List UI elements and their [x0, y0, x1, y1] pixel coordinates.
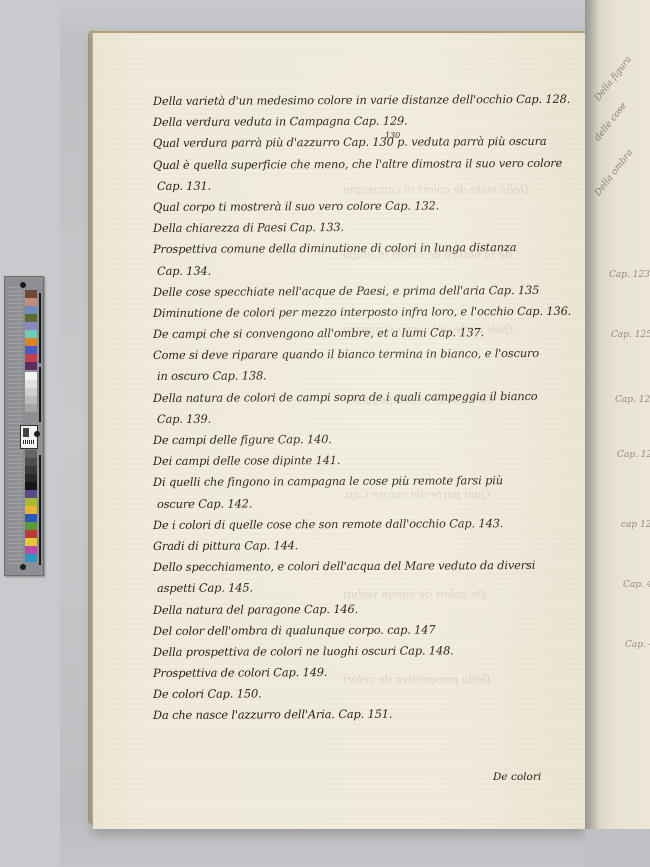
- facing-text-fragment: Cap. 46: [623, 580, 650, 590]
- index-entry-continuation: Cap. 139.: [153, 407, 583, 430]
- catchword: De colori: [493, 771, 541, 783]
- index-entry: Qual corpo ti mostrerà il suo vero color…: [153, 195, 583, 218]
- facing-text-fragment: Cap. 48: [625, 640, 650, 650]
- index-entry: De colori Cap. 150.: [153, 682, 583, 705]
- index-entry: Dei campi delle cose dipinte 141.: [153, 449, 583, 472]
- facing-text-fragment: Della figura: [593, 55, 634, 104]
- color-swatch: [25, 482, 37, 490]
- index-entry: Da che nasce l'azzurro dell'Aria. Cap. 1…: [153, 703, 583, 726]
- color-swatch: [25, 290, 37, 298]
- index-entry: Diminutione de colori per mezzo interpos…: [153, 301, 583, 324]
- facing-text-fragment: Cap. 123: [609, 270, 650, 280]
- index-entries: Della varietà d'un medesimo colore in va…: [153, 91, 583, 727]
- rail: [39, 293, 41, 363]
- color-swatch: [25, 346, 37, 354]
- color-swatch: [25, 450, 37, 458]
- index-entry: Della chiarezza di Paesi Cap. 133.: [153, 216, 583, 239]
- target-label: [20, 425, 38, 449]
- color-swatch: [25, 396, 37, 404]
- index-entry-continuation: in oscuro Cap. 138.: [153, 364, 583, 387]
- rail: [39, 455, 41, 565]
- color-swatch: [25, 298, 37, 306]
- index-entry: Della natura de colori de campi sopra de…: [153, 385, 583, 408]
- index-entry: Qual verdura parrà più d'azzurro Cap. 13…: [153, 131, 583, 154]
- index-entry-continuation: aspetti Cap. 145.: [153, 576, 583, 599]
- index-entry-continuation: oscure Cap. 142.: [153, 491, 583, 514]
- index-entry: Della natura del paragone Cap. 146.: [153, 597, 583, 620]
- mount-hole: [34, 431, 40, 437]
- color-swatch: [25, 338, 37, 346]
- facing-text-fragment: Della ombra: [593, 148, 635, 198]
- color-swatch: [25, 514, 37, 522]
- background: [585, 829, 650, 867]
- index-entry: Della verdura veduta in Campagna Cap. 12…: [153, 110, 583, 133]
- color-calibration-target: [4, 276, 44, 576]
- color-swatch: [25, 498, 37, 506]
- mount-hole: [20, 282, 26, 288]
- color-swatch: [25, 362, 37, 370]
- color-swatch: [25, 490, 37, 498]
- rail: [39, 367, 41, 422]
- color-swatch: [25, 530, 37, 538]
- facing-text-fragment: Cap. 126: [615, 395, 650, 405]
- index-entry: Di quelli che fingono in campagna le cos…: [153, 470, 583, 493]
- color-swatch: [25, 412, 37, 420]
- color-swatch: [25, 538, 37, 546]
- index-entry-continuation: Cap. 134.: [153, 258, 583, 281]
- index-entry: Qual è quella superficie che meno, che l…: [153, 152, 583, 175]
- index-entry: Della varietà d'un medesimo colore in va…: [153, 89, 583, 112]
- color-swatch: [25, 388, 37, 396]
- index-entry: Dello specchiamento, e colori dell'acqua…: [153, 555, 583, 578]
- manuscript-page: Della vista de colori in campagna de la …: [93, 31, 585, 829]
- facing-text-fragment: Cap. 127: [617, 450, 650, 460]
- facing-page: Della figura delle cose Della ombra Cap.…: [585, 0, 650, 867]
- color-swatch: [25, 506, 37, 514]
- color-swatch: [25, 546, 37, 554]
- color-swatch: [25, 522, 37, 530]
- color-swatch: [25, 314, 37, 322]
- color-swatch: [25, 474, 37, 482]
- facing-text-fragment: Cap. 125: [611, 330, 650, 340]
- color-swatch: [25, 330, 37, 338]
- index-entry: De campi che si convengono all'ombre, et…: [153, 322, 583, 345]
- index-entry: Del color dell'ombra di qualunque corpo.…: [153, 618, 583, 641]
- index-entry: Come si deve riparare quando il bianco t…: [153, 343, 583, 366]
- color-swatch: [25, 458, 37, 466]
- color-swatch: [25, 306, 37, 314]
- index-entry: Gradi di pittura Cap. 144.: [153, 534, 583, 557]
- color-swatch: [25, 466, 37, 474]
- color-swatch: [25, 380, 37, 388]
- mount-hole: [20, 564, 26, 570]
- index-entry: De campi delle figure Cap. 140.: [153, 428, 583, 451]
- color-swatch: [25, 372, 37, 380]
- color-swatch: [25, 404, 37, 412]
- color-swatch: [25, 354, 37, 362]
- facing-text-fragment: cap 12: [621, 520, 650, 530]
- color-swatch: [25, 554, 37, 562]
- index-entry-continuation: Cap. 131.: [153, 173, 583, 196]
- color-swatch: [25, 322, 37, 330]
- index-entry: Prospettiva de colori Cap. 149.: [153, 661, 583, 684]
- index-entry: Della prospettiva de colori ne luoghi os…: [153, 640, 583, 663]
- index-entry: De i colori di quelle cose che son remot…: [153, 512, 583, 535]
- index-entry: Prospettiva comune della diminutione di …: [153, 237, 583, 260]
- index-entry: Delle cose specchiate nell'acque de Paes…: [153, 279, 583, 302]
- interlinear-note: 130: [385, 131, 400, 140]
